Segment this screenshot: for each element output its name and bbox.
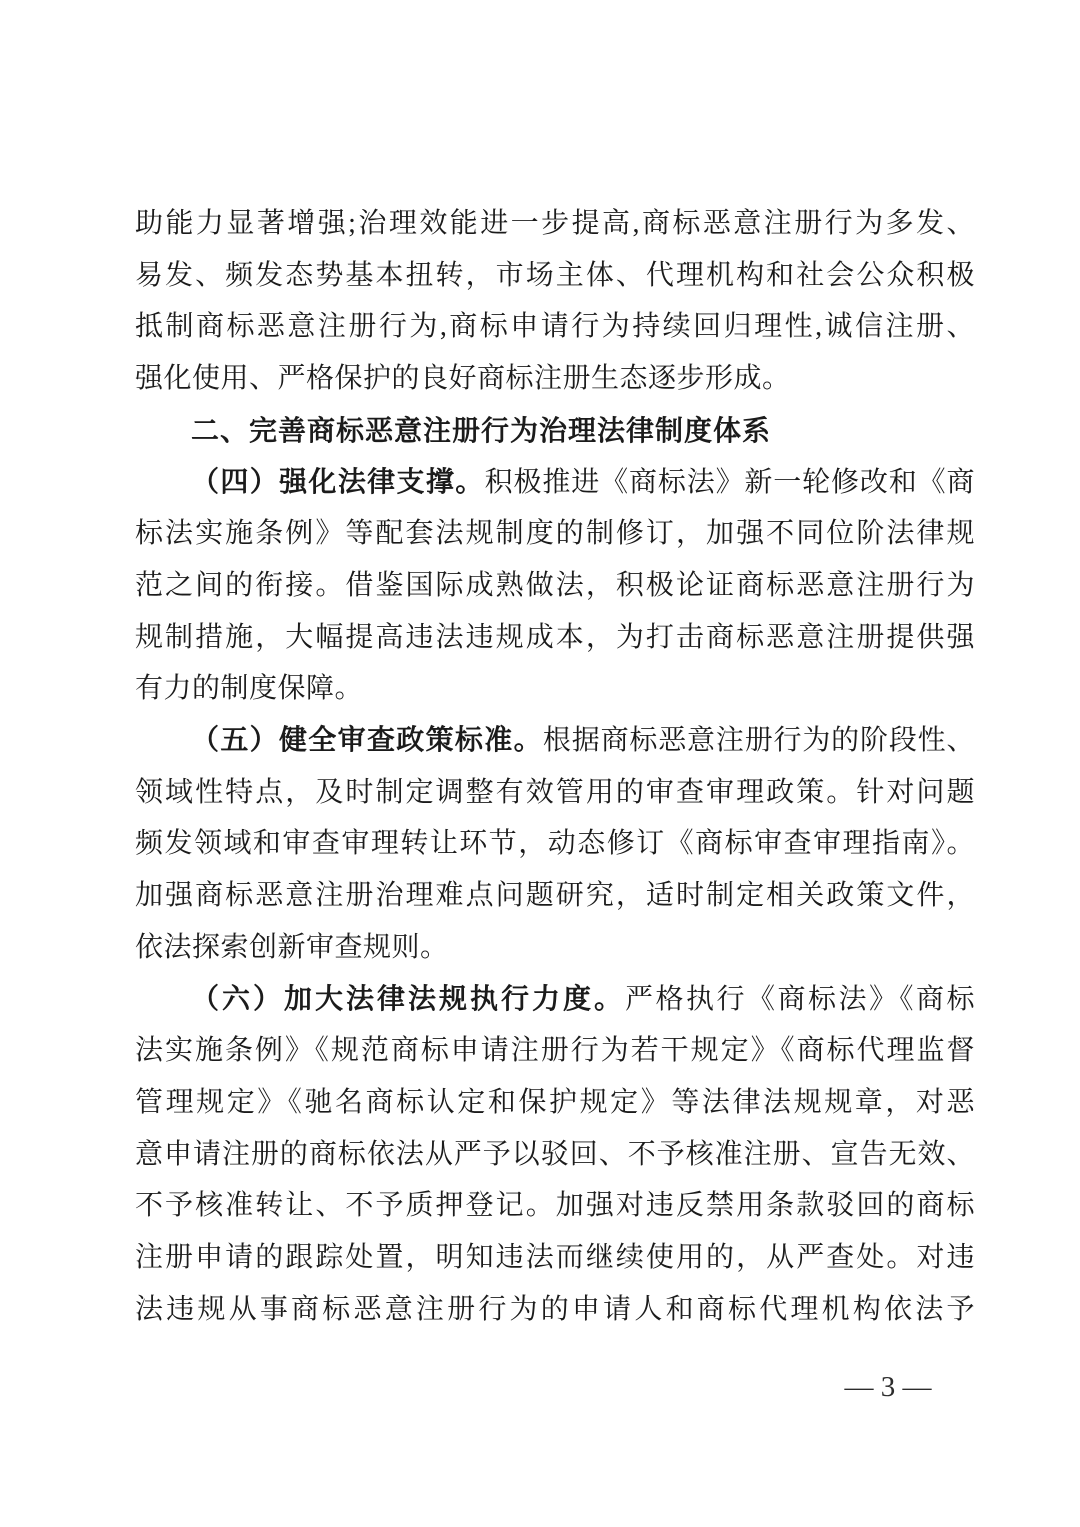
text-segment: 不予核准转让、不予质押登记。加强对违反禁用条款驳回的商标 [135, 1190, 975, 1221]
text-segment: 根据商标恶意注册行为的阶段性、 [543, 725, 975, 756]
page-body: 助能力显著增强;治理效能进一步提高,商标恶意注册行为多发、易发、频发态势基本扭转… [135, 198, 975, 1335]
para-line: 频发领域和审查审理转让环节，动态修订《商标审查审理指南》。 [135, 818, 975, 870]
para-continued-line: 助能力显著增强;治理效能进一步提高,商标恶意注册行为多发、 [135, 198, 975, 250]
para-continued-line: 抵制商标恶意注册行为,商标申请行为持续回归理性,诚信注册、 [135, 301, 975, 353]
para-line: 规制措施，大幅提高违法违规成本，为打击商标恶意注册提供强 [135, 612, 975, 664]
paragraph-lead: （五）健全审查政策标准。 [191, 725, 543, 756]
page-number: — 3 — [833, 1367, 943, 1407]
para-line: 注册申请的跟踪处置，明知违法而继续使用的，从严查处。对违 [135, 1232, 975, 1284]
text-segment: 范之间的衔接。借鉴国际成熟做法，积极论证商标恶意注册行为 [135, 570, 975, 601]
text-segment: 法实施条例》《规范商标申请注册行为若干规定》《商标代理监督 [135, 1035, 975, 1066]
para-line: 范之间的衔接。借鉴国际成熟做法，积极论证商标恶意注册行为 [135, 560, 975, 612]
para-line: 法违规从事商标恶意注册行为的申请人和商标代理机构依法予 [135, 1284, 975, 1336]
para-line: 管理规定》《驰名商标认定和保护规定》等法律法规规章，对恶 [135, 1077, 975, 1129]
para-line: 意申请注册的商标依法从严予以驳回、不予核准注册、宣告无效、 [135, 1129, 975, 1181]
text-segment: 注册申请的跟踪处置，明知违法而继续使用的，从严查处。对违 [135, 1242, 975, 1273]
section-heading: 二、完善商标恶意注册行为治理法律制度体系 [135, 405, 975, 457]
text-segment: 强化使用、严格保护的良好商标注册生态逐步形成。 [135, 363, 791, 394]
text-segment: 法违规从事商标恶意注册行为的申请人和商标代理机构依法予 [135, 1294, 975, 1325]
text-segment: 易发、频发态势基本扭转，市场主体、代理机构和社会公众积极 [135, 260, 975, 291]
paragraph-lead: （六）加大法律法规执行力度。 [191, 984, 625, 1015]
para-end-line: 强化使用、严格保护的良好商标注册生态逐步形成。 [135, 353, 975, 405]
text-segment: 领域性特点，及时制定调整有效管用的审查审理政策。针对问题 [135, 777, 975, 808]
para-continued-line: 易发、频发态势基本扭转，市场主体、代理机构和社会公众积极 [135, 250, 975, 302]
text-segment: 积极推进《商标法》新一轮修改和《商 [485, 467, 975, 498]
text-segment: 意申请注册的商标依法从严予以驳回、不予核准注册、宣告无效、 [135, 1139, 975, 1170]
text-segment: 标法实施条例》等配套法规制度的制修订，加强不同位阶法律规 [135, 518, 975, 549]
text-segment: 助能力显著增强;治理效能进一步提高,商标恶意注册行为多发、 [135, 208, 975, 239]
text-segment: 管理规定》《驰名商标认定和保护规定》等法律法规规章，对恶 [135, 1087, 975, 1118]
text-segment: 规制措施，大幅提高违法违规成本，为打击商标恶意注册提供强 [135, 622, 975, 653]
document-page: 助能力显著增强;治理效能进一步提高,商标恶意注册行为多发、易发、频发态势基本扭转… [0, 0, 1080, 1527]
para-first-line: （六）加大法律法规执行力度。严格执行《商标法》《商标 [135, 974, 975, 1026]
para-end-line: 有力的制度保障。 [135, 663, 975, 715]
para-end-line: 依法探索创新审查规则。 [135, 922, 975, 974]
text-segment: 依法探索创新审查规则。 [135, 932, 449, 963]
para-line: 法实施条例》《规范商标申请注册行为若干规定》《商标代理监督 [135, 1025, 975, 1077]
paragraph-lead: 二、完善商标恶意注册行为治理法律制度体系 [191, 415, 771, 446]
paragraph-lead: （四）强化法律支撑。 [191, 467, 485, 498]
para-line: 标法实施条例》等配套法规制度的制修订，加强不同位阶法律规 [135, 508, 975, 560]
para-first-line: （四）强化法律支撑。积极推进《商标法》新一轮修改和《商 [135, 457, 975, 509]
para-line: 不予核准转让、不予质押登记。加强对违反禁用条款驳回的商标 [135, 1180, 975, 1232]
text-segment: 有力的制度保障。 [135, 673, 363, 704]
para-first-line: （五）健全审查政策标准。根据商标恶意注册行为的阶段性、 [135, 715, 975, 767]
text-segment: 频发领域和审查审理转让环节，动态修订《商标审查审理指南》。 [135, 828, 975, 859]
para-line: 加强商标恶意注册治理难点问题研究，适时制定相关政策文件， [135, 870, 975, 922]
text-segment: 抵制商标恶意注册行为,商标申请行为持续回归理性,诚信注册、 [135, 311, 975, 342]
text-segment: 严格执行《商标法》《商标 [625, 984, 975, 1015]
para-line: 领域性特点，及时制定调整有效管用的审查审理政策。针对问题 [135, 767, 975, 819]
text-segment: 加强商标恶意注册治理难点问题研究，适时制定相关政策文件， [135, 880, 975, 911]
